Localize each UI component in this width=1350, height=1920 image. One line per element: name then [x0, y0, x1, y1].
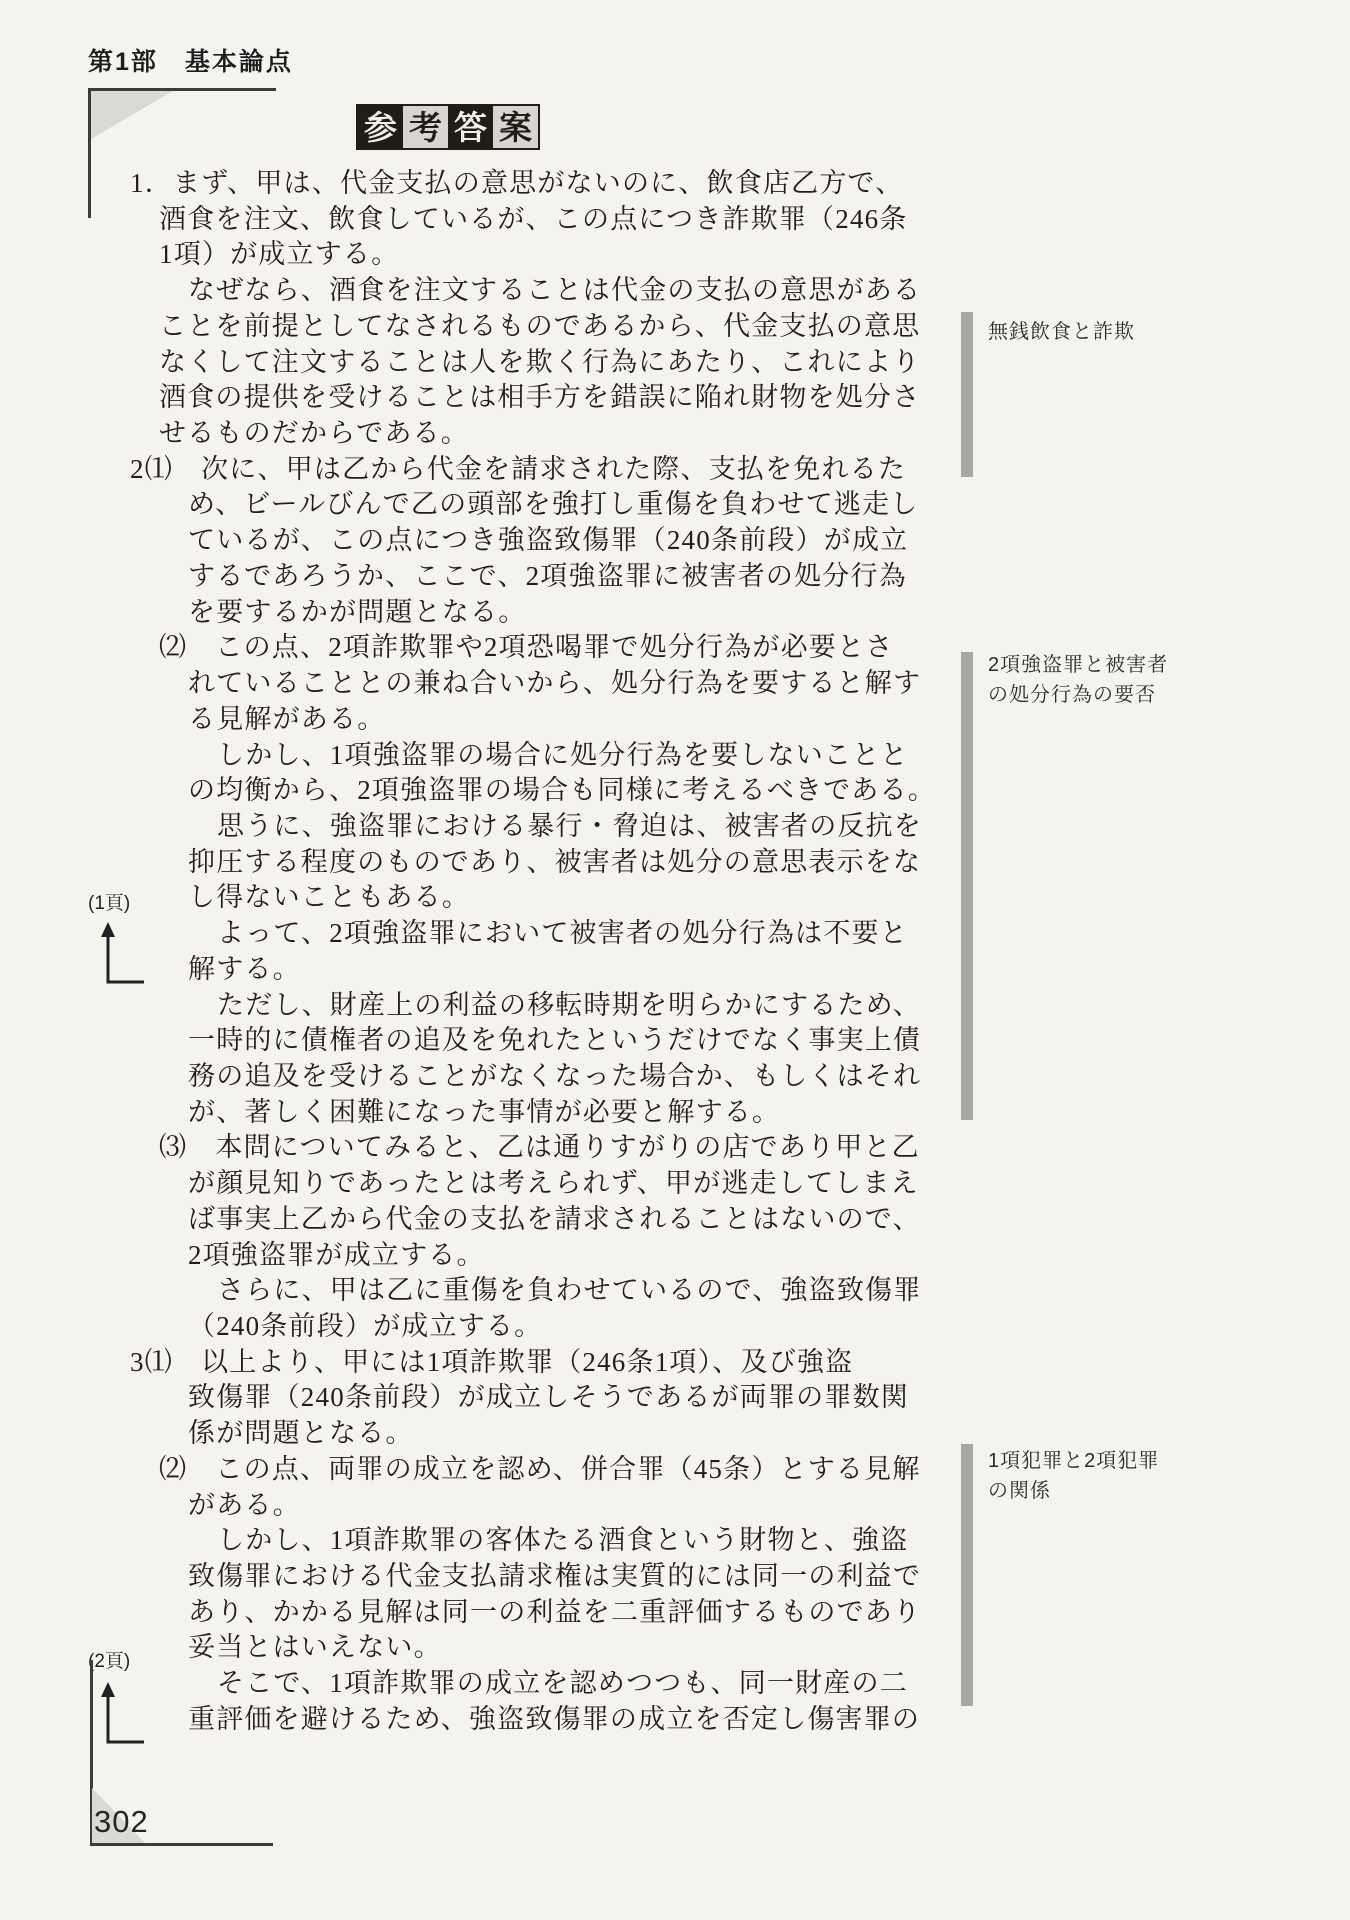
body-line: しかし、1項詐欺罪の客体たる酒食という財物と、強盗	[130, 1523, 970, 1559]
body-line: が顔見知りであったとは考えられず、甲が逃走してしまえ	[130, 1166, 970, 1202]
body-line: 1．まず、甲は、代金支払の意思がないのに、飲食店乙方で、	[130, 166, 970, 202]
body-line: を要するかが問題となる。	[130, 595, 970, 631]
body-line: ⑶ 本問についてみると、乙は通りすがりの店であり甲と乙	[130, 1130, 970, 1166]
page-break-label: (1頁)	[88, 888, 130, 915]
body-line: 2項強盗罪が成立する。	[130, 1238, 970, 1274]
body-line: ⑵ この点、2項詐欺罪や2項恐喝罪で処分行為が必要とさ	[130, 630, 970, 666]
body-line: 1項）が成立する。	[130, 237, 970, 273]
body-line: しかし、1項強盗罪の場合に処分行為を要しないことと	[130, 738, 970, 774]
body-line: 抑圧する程度のものであり、被害者は処分の意思表示をな	[130, 845, 970, 881]
page-break-arrow-icon	[96, 920, 148, 990]
body-line: 一時的に債権者の追及を免れたというだけでなく事実上債	[130, 1023, 970, 1059]
body-line: る見解がある。	[130, 702, 970, 738]
body-line: ただし、財産上の利益の移転時期を明らかにするため、	[130, 988, 970, 1024]
margin-note: 1項犯罪と2項犯罪の関係	[988, 1446, 1268, 1506]
body-line: 重評価を避けるため、強盗致傷罪の成立を否定し傷害罪の	[130, 1702, 970, 1738]
body-line: さらに、甲は乙に重傷を負わせているので、強盗致傷罪	[130, 1273, 970, 1309]
margin-note-line: 無銭飲食と詐欺	[988, 317, 1268, 347]
body-line: 致傷罪（240条前段）が成立しそうであるが両罪の罪数関	[130, 1380, 970, 1416]
body-line: 3⑴ 以上より、甲には1項詐欺罪（246条1項）、及び強盗	[130, 1345, 970, 1381]
title-char: 案	[493, 106, 538, 148]
body-line: なくして注文することは人を欺く行為にあたり、これにより	[130, 345, 970, 381]
body-line: せるものだからである。	[130, 416, 970, 452]
body-line: あり、かかる見解は同一の利益を二重評価するものであり	[130, 1595, 970, 1631]
margin-note: 2項強盗罪と被害者の処分行為の要否	[988, 650, 1268, 710]
margin-note-line: の処分行為の要否	[988, 680, 1268, 710]
body-line: そこで、1項詐欺罪の成立を認めつつも、同一財産の二	[130, 1666, 970, 1702]
part-header: 第1部 基本論点	[88, 42, 293, 78]
body-line: よって、2項強盗罪において被害者の処分行為は不要と	[130, 916, 970, 952]
body-line: め、ビールびんで乙の頭部を強打し重傷を負わせて逃走し	[130, 487, 970, 523]
title-char: 答	[448, 106, 493, 148]
body-line: ⑵ この点、両罪の成立を認め、併合罪（45条）とする見解	[130, 1452, 970, 1488]
top-corner-triangle	[91, 91, 175, 141]
body-line: ことを前提としてなされるものであるから、代金支払の意思	[130, 309, 970, 345]
body-line: 酒食を注文、飲食しているが、この点につき詐欺罪（246条	[130, 202, 970, 238]
body-line: が、著しく困難になった事情が必要と解する。	[130, 1095, 970, 1131]
body-line: 2⑴ 次に、甲は乙から代金を請求された際、支払を免れるた	[130, 452, 970, 488]
body-text: 1．まず、甲は、代金支払の意思がないのに、飲食店乙方で、酒食を注文、飲食している…	[130, 166, 970, 1738]
margin-note-line: 2項強盗罪と被害者	[988, 650, 1268, 680]
sidebar-topic-bar	[961, 312, 973, 477]
body-line: 思うに、強盗罪における暴行・脅迫は、被害者の反抗を	[130, 809, 970, 845]
margin-note: 無銭飲食と詐欺	[988, 317, 1268, 347]
page-break-label: (2頁)	[88, 1646, 130, 1673]
sidebar-topic-bar	[961, 652, 973, 1120]
body-line: 解する。	[130, 952, 970, 988]
body-line: 致傷罪における代金支払請求権は実質的には同一の利益で	[130, 1559, 970, 1595]
book-page: 第1部 基本論点 参考答案 1．まず、甲は、代金支払の意思がないのに、飲食店乙方…	[0, 0, 1350, 1920]
body-line: するであろうか、ここで、2項強盗罪に被害者の処分行為	[130, 559, 970, 595]
body-line: ば事実上乙から代金の支払を請求されることはないので、	[130, 1202, 970, 1238]
page-title: 参考答案	[356, 104, 540, 150]
body-line: 務の追及を受けることがなくなった場合か、もしくはそれ	[130, 1059, 970, 1095]
body-line: がある。	[130, 1488, 970, 1524]
body-line: （240条前段）が成立する。	[130, 1309, 970, 1345]
body-line: ているが、この点につき強盗致傷罪（240条前段）が成立	[130, 523, 970, 559]
title-char: 参	[358, 106, 403, 148]
body-line: 酒食の提供を受けることは相手方を錯誤に陥れ財物を処分さ	[130, 380, 970, 416]
body-line: なぜなら、酒食を注文することは代金の支払の意思がある	[130, 273, 970, 309]
margin-note-line: 1項犯罪と2項犯罪	[988, 1446, 1268, 1476]
margin-note-line: の関係	[988, 1476, 1268, 1506]
sidebar-topic-bar	[961, 1444, 973, 1706]
body-line: 係が問題となる。	[130, 1416, 970, 1452]
page-break-arrow-icon	[96, 1680, 148, 1750]
page-number: 302	[94, 1804, 149, 1840]
title-char: 考	[403, 106, 448, 148]
body-line: れていることとの兼ね合いから、処分行為を要すると解す	[130, 666, 970, 702]
body-line: の均衡から、2項強盗罪の場合も同様に考えるべきである。	[130, 773, 970, 809]
body-line: 妥当とはいえない。	[130, 1630, 970, 1666]
body-line: し得ないこともある。	[130, 880, 970, 916]
